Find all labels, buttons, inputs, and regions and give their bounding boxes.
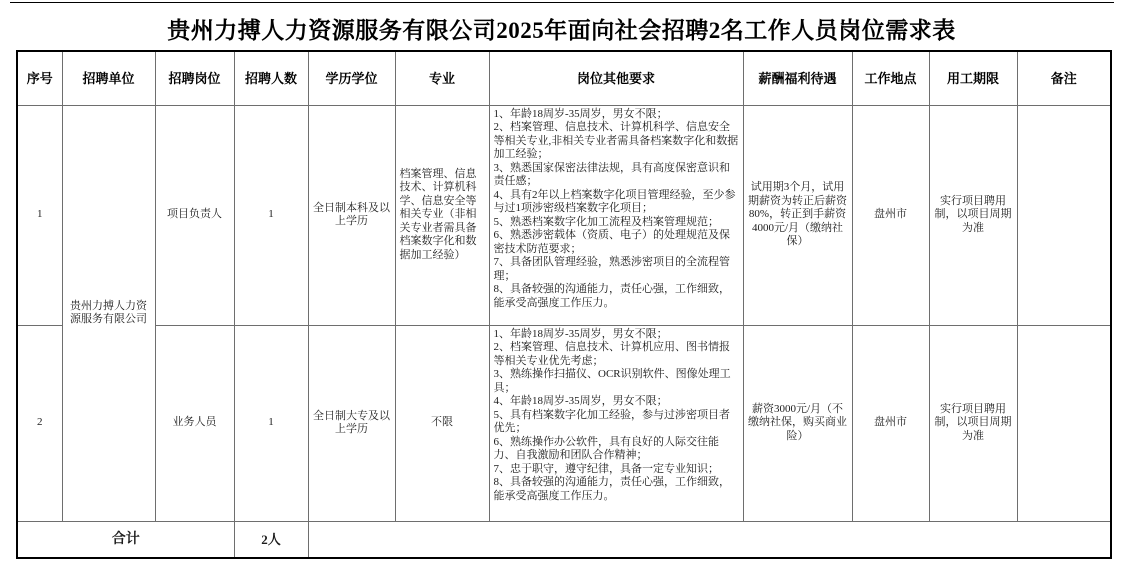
total-count-cell: 2人 [234,521,308,558]
header-cell-company: 招聘单位 [62,51,155,105]
top-rule [10,2,1114,3]
cell-position-2: 业务人员 [155,325,234,521]
cell-salary-1: 试用期3个月，试用期薪资为转正后薪资80%，转正到手薪资4000元/月（缴纳社保… [743,105,852,325]
header-cell-education: 学历学位 [308,51,395,105]
header-cell-seq: 序号 [17,51,62,105]
header-cell-term: 用工期限 [929,51,1017,105]
cell-term-1: 实行项目聘用制，以项目周期为准 [929,105,1017,325]
cell-requirements-2: 1、年龄18周岁-35周岁，男女不限； 2、档案管理、信息技术、计算机应用、图书… [489,325,743,521]
cell-note-1 [1017,105,1111,325]
header-cell-position: 招聘岗位 [155,51,234,105]
total-empty-cell [308,521,1111,558]
header-cell-salary: 薪酬福利待遇 [743,51,852,105]
header-cell-location: 工作地点 [852,51,929,105]
header-cell-count: 招聘人数 [234,51,308,105]
cell-position-1: 项目负责人 [155,105,234,325]
cell-major-2: 不限 [395,325,489,521]
cell-location-1: 盘州市 [852,105,929,325]
cell-company: 贵州力搏人力资源服务有限公司 [62,105,155,521]
cell-education-2: 全日制大专及以上学历 [308,325,395,521]
cell-requirements-1: 1、年龄18周岁-35周岁，男女不限； 2、档案管理、信息技术、计算机科学、信息… [489,105,743,325]
cell-note-2 [1017,325,1111,521]
cell-salary-2: 薪资3000元/月（不缴纳社保，购买商业险） [743,325,852,521]
cell-education-1: 全日制本科及以上学历 [308,105,395,325]
header-cell-requirements: 岗位其他要求 [489,51,743,105]
cell-location-2: 盘州市 [852,325,929,521]
cell-major-1: 档案管理、信息技术、计算机科学、信息安全等相关专业（非相关专业者需具备档案数字化… [395,105,489,325]
job-row-1: 1 贵州力搏人力资源服务有限公司 项目负责人 1 全日制本科及以上学历 档案管理… [17,105,1111,325]
total-label-cell: 合计 [17,521,234,558]
page-title: 贵州力搏人力资源服务有限公司2025年面向社会招聘2名工作人员岗位需求表 [0,12,1123,45]
header-cell-note: 备注 [1017,51,1111,105]
cell-count-2: 1 [234,325,308,521]
cell-seq-1: 1 [17,105,62,325]
job-row-2: 2 业务人员 1 全日制大专及以上学历 不限 1、年龄18周岁-35周岁，男女不… [17,325,1111,521]
total-row: 合计 2人 [17,521,1111,558]
recruitment-table: 序号 招聘单位 招聘岗位 招聘人数 学历学位 专业 岗位其他要求 薪酬福利待遇 … [16,50,1112,559]
cell-count-1: 1 [234,105,308,325]
header-cell-major: 专业 [395,51,489,105]
cell-seq-2: 2 [17,325,62,521]
cell-term-2: 实行项目聘用制，以项目周期为准 [929,325,1017,521]
header-row: 序号 招聘单位 招聘岗位 招聘人数 学历学位 专业 岗位其他要求 薪酬福利待遇 … [17,51,1111,105]
